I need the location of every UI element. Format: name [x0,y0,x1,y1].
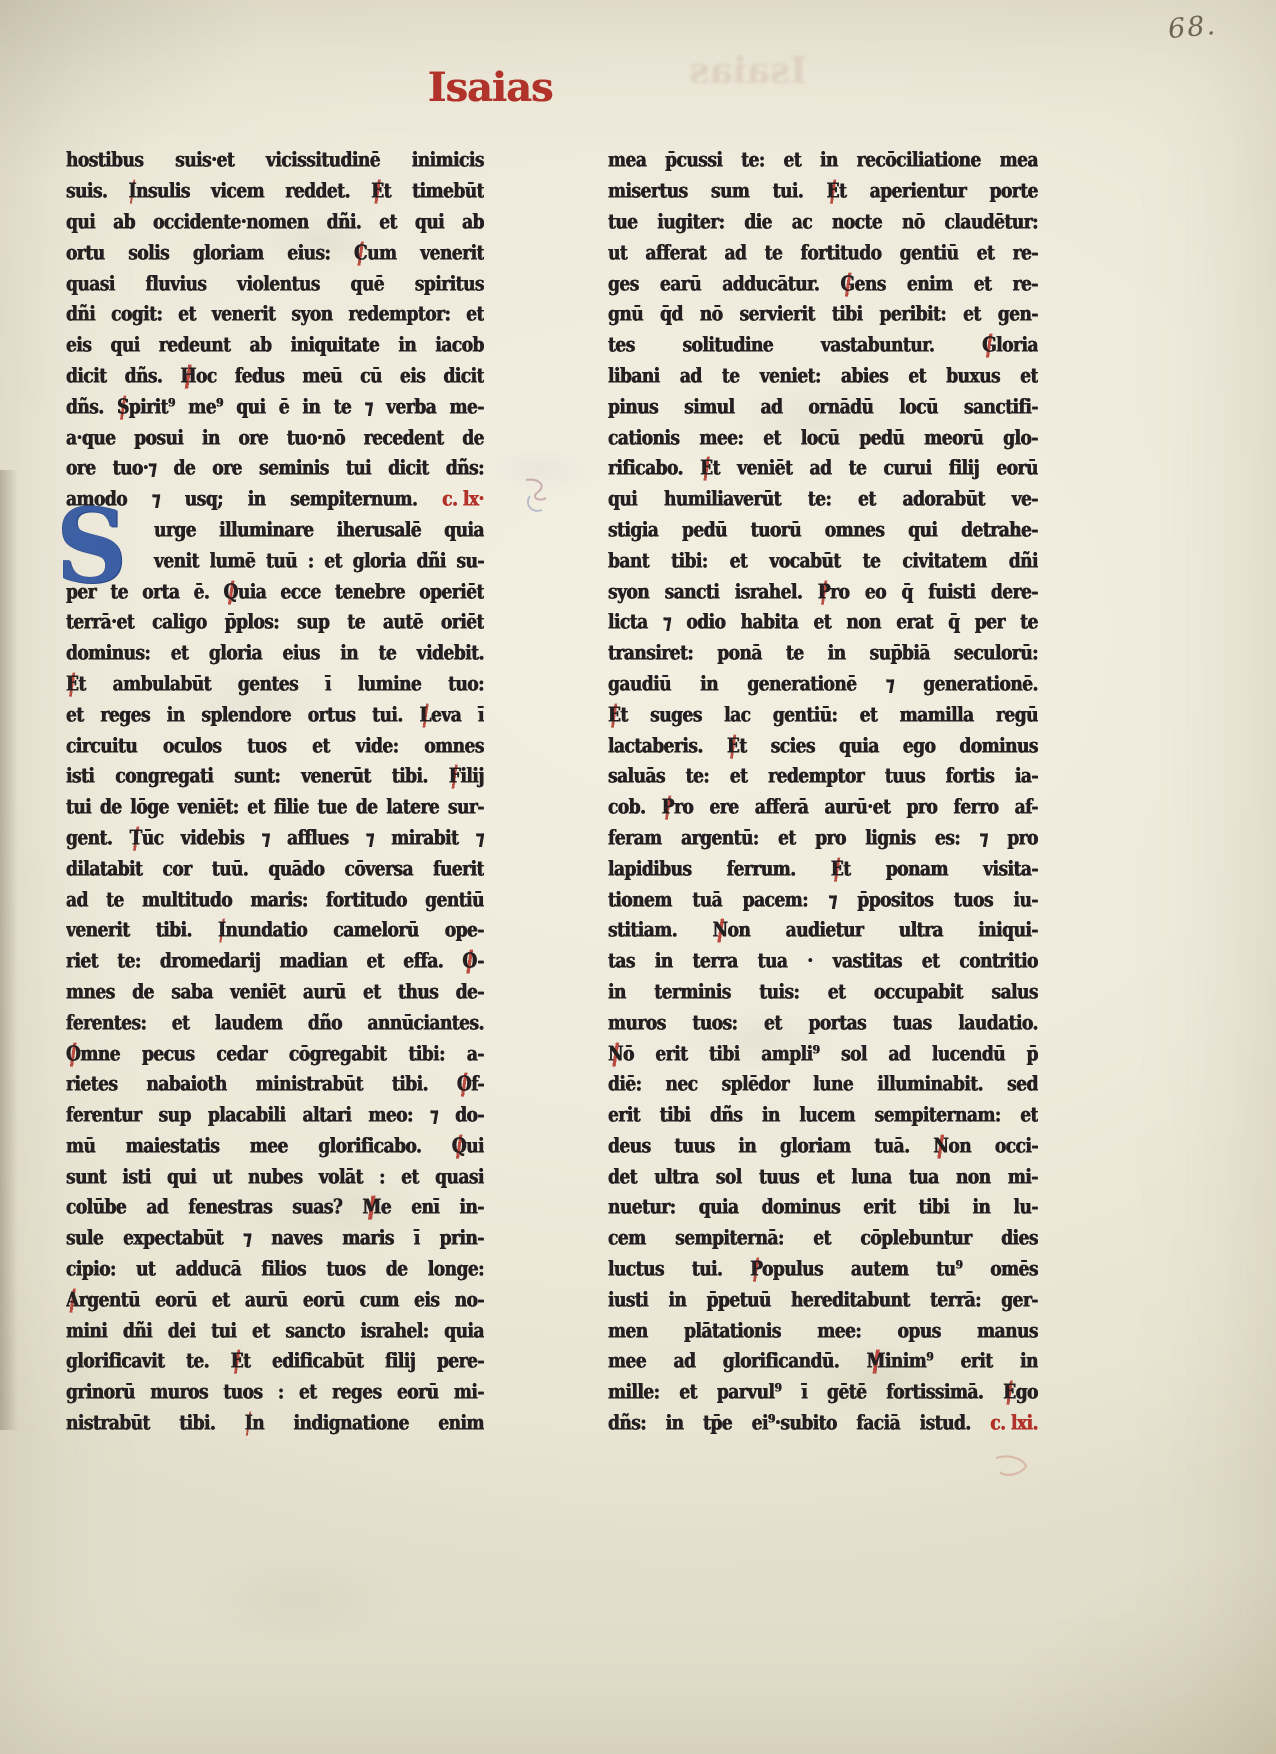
word: occupabit [874,981,963,1005]
word: tuo·nō [287,426,345,450]
word: cōversa [345,857,413,881]
word: ⁊ [886,673,894,697]
word: et [252,1319,270,1343]
word: mee: [817,1319,861,1343]
text-line: dñicogit:etveneritsyonredemptor:et [66,300,484,331]
word: iniqui- [978,919,1038,943]
word: fortissimā. [886,1381,983,1405]
word: solitudine [683,334,774,358]
word: Leva [420,703,462,727]
word: et [466,303,484,327]
text-line: terrā·etcaligop̄plos:supteautēoriēt [66,608,484,639]
word: de [174,457,196,481]
word: tuos: [692,1011,737,1035]
word: ad [674,1350,696,1374]
rubricated-capital: E [727,734,739,758]
word: occi- [995,1134,1038,1158]
text-line: suis.Insulisvicemreddet.Ettimebūt [66,177,484,208]
word: ore [212,457,242,481]
text-line: misertussumtui.Etaperienturporte [608,177,1038,208]
word: Spirit⁹ [117,395,175,419]
word: Et [231,1350,251,1374]
text-line: banttibi:etvocabūttecivitatemdñi [608,546,1038,577]
text-line: libaniadteveniet:abiesetbuxuset [608,362,1038,393]
word: operiēt [419,580,484,604]
word: cem [608,1227,646,1251]
word: ampli⁹ [761,1042,819,1066]
word: placabili [208,1104,286,1128]
word: quādo [268,857,324,881]
word: quia [444,519,484,543]
word: te: [686,765,709,789]
word: isti [66,765,94,789]
word: q̄ [902,580,913,604]
word: et [401,1165,419,1189]
word: et [1020,365,1038,389]
word: fuisti [928,580,975,604]
word: Et [700,457,720,481]
word: pedū [682,519,727,543]
word: illuminare [219,519,313,543]
word: gentiū [425,888,484,912]
word: recedent [364,426,444,450]
word: ambulabūt [113,673,211,697]
text-line: ferentes:etlaudemdñoannūciantes. [66,1008,484,1039]
word: ornādū [808,395,873,419]
text-line: mnesdesabaveniētaurūetthusde- [66,978,484,1009]
text-line: stigiapedūtuorūomnesquidetrahe- [608,516,1038,547]
text-line: utafferatadtefortitudogentiūetre- [608,238,1038,269]
word: cor [163,857,192,881]
word: ac [792,211,812,235]
word: tuos [954,888,993,912]
word: autē [383,611,423,635]
word: et [379,211,397,235]
rubricated-capital: N [713,919,728,943]
text-line: cationismee:etlocūpedūmeorūglo- [608,423,1038,454]
word: cedar [216,1042,267,1066]
word: occidente·nomen [153,211,309,235]
word: gloriam [780,1134,851,1158]
word: ponā [717,642,762,666]
word: gentiū [900,241,959,265]
word: Ego [1003,1381,1038,1405]
word: humiliaverūt [664,488,781,512]
word: autem [851,1258,909,1282]
text-line: glorificavitte.Etedificabūtfilijpere- [66,1347,484,1378]
word: Inundatio [218,919,307,943]
word: af- [1015,796,1038,820]
text-line: riette:dromedarijmadianeteffa.O- [66,947,484,978]
word: tuā [692,888,722,912]
word: colūbe [66,1196,126,1220]
word: me- [450,395,484,419]
word: tibi: [671,549,707,573]
word: Pro [662,796,694,820]
word: te [347,611,365,635]
word: locū [899,395,938,419]
word: in [666,1412,684,1436]
text-line: amodo⁊usq;insempiternum.c. lx· [66,485,484,516]
word: sol [841,1042,867,1066]
word: et [763,426,781,450]
text-line: a·queposuiinoretuo·nōrecedentde [66,423,484,454]
word: mamilla [900,703,974,727]
chapter-marker: c. lxi. [990,1412,1038,1436]
word: inimicis [412,149,484,173]
word: grinorū [66,1381,135,1405]
word: tibi [709,1042,740,1066]
word: in [167,703,185,727]
word: ab [113,211,135,235]
word: effa. [403,950,443,974]
word: eius: [287,241,330,265]
word: in [655,950,673,974]
word: omēs [990,1258,1038,1282]
word: aurū·et [825,796,891,820]
rubricated-capital: G [982,334,996,358]
word: volāt [319,1165,363,1189]
word: sur- [448,796,484,820]
word: eis [414,1288,439,1312]
word: nubes [248,1165,303,1189]
word: dñi [123,1319,152,1343]
word: quasi [435,1165,484,1189]
word: non [846,611,881,635]
word: eo [865,580,886,604]
word: libani [608,365,660,389]
word: tuū [266,549,297,573]
word: tibi: [408,1042,444,1066]
word: ad [680,365,702,389]
word: adducātur. [722,272,819,296]
word: servierit [740,303,815,327]
word: muros [150,1381,208,1405]
word: nocte [832,211,882,235]
word: tuorū [751,519,801,543]
word: sule [66,1227,103,1251]
word: gnū [608,303,643,327]
word: mi- [1008,1165,1038,1189]
word: et [764,1011,782,1035]
word: te: [117,950,140,974]
text-line: tueiugiter:dieacnoctenōclaudētur: [608,208,1038,239]
word: quasi [66,272,115,296]
word: ad [761,395,783,419]
text-line: mūmaiestatismeeglorificabo.Qui [66,1132,484,1163]
word: et [814,611,832,635]
word: mea [608,149,646,173]
word: in [248,488,266,512]
word: te [334,395,352,419]
word: ad [810,457,832,481]
text-line: minidñideituietsanctoisrahel:quia [66,1316,484,1347]
rubricated-capital: P [818,580,830,604]
word: et [922,950,940,974]
text-line: etregesinsplendoreortustui.Levaī [66,700,484,731]
rubricated-capital: E [66,673,78,697]
word: in [398,334,416,358]
word: dicit [388,457,429,481]
word: ⁊ [262,827,270,851]
word: tas [608,950,635,974]
word: generationē. [923,673,1038,697]
word: camelorū [333,919,418,943]
word: et [974,272,992,296]
word: sanctifi- [964,395,1038,419]
chapter-marker: c. lx· [442,488,484,512]
word: spiritus [415,272,484,296]
text-line: murostuos:etportastuaslaudatio. [608,1008,1038,1039]
text-line: rificabo.Etveniētadtecuruifilijeorū [608,454,1038,485]
word: tua [909,1165,939,1189]
text-line: gnūq̄dnōservierittibiperibit:etgen- [608,300,1038,331]
word: ore [66,457,96,481]
word: tionem [608,888,672,912]
word: die [744,211,772,235]
word: erit [961,1350,993,1374]
word: ecce [280,580,320,604]
text-line: transiret:ponāteinsup̄biāseculorū: [608,639,1038,670]
word: ⁊ [366,827,374,851]
word: regū [996,703,1038,727]
word: in [340,642,358,666]
text-line: meap̄cussite:etinrecōciliationemea [608,146,1038,177]
word: ⁊ [430,1104,438,1128]
word: me⁹ [188,395,223,419]
word: filij [949,457,979,481]
word: ferrum. [727,857,796,881]
word: videbis [181,827,245,851]
text-line: feramargentū:etprolignises:⁊pro [608,824,1038,855]
word: ī [478,703,484,727]
word: ve- [1012,488,1038,512]
word: hereditabunt [791,1288,910,1312]
word: te [1020,611,1038,635]
rubricated-capital: I [245,1412,252,1436]
rubricated-capital: C [354,241,367,265]
word: pro [815,827,846,851]
word: opus [898,1319,941,1343]
text-column-right: meap̄cussite:etinrecōciliationemeamisert… [608,146,1038,1439]
word: transiret: [608,642,693,666]
word: cum [360,1288,399,1312]
word: manus [977,1319,1038,1343]
text-line: dilatabitcortuū.quādocōversafuerit [66,854,484,885]
rubricated-capital: M [362,1196,380,1220]
word: de [356,796,378,820]
paraph-flourish [520,476,554,516]
word: vastitas [833,950,902,974]
word: dominus [959,734,1038,758]
word: Gens [841,272,886,296]
word: meū [302,365,342,389]
word: syon [291,303,332,327]
word: posui [134,426,183,450]
word: venit [154,549,199,573]
word: sunt [66,1165,106,1189]
word: in [302,395,320,419]
word: visita- [983,857,1038,881]
word: et [1020,1104,1038,1128]
word: ei⁹·subito [752,1412,837,1436]
rubricated-capital: E [831,857,843,881]
word: per [66,580,96,604]
word: p̄petuū [707,1288,771,1312]
word: et [66,703,84,727]
word: annūciantes. [367,1011,484,1035]
text-line: isticongregatisunt:venerūttibi.Filij [66,762,484,793]
word: veniēt [737,457,792,481]
word: madian [280,950,348,974]
word: pacem: [743,888,808,912]
word: suis·et [175,149,234,173]
word: dilatabit [66,857,142,881]
word: tuo: [448,673,484,697]
word: curui [884,457,932,481]
word: parvul⁹ [717,1381,782,1405]
word: terra [693,950,738,974]
text-line: dñs.Spirit⁹me⁹quiēinte⁊verbame- [66,392,484,423]
rubricated-capital: O [462,950,477,974]
word: iacob [435,334,484,358]
text-line: venitlumētuū:etgloriadñisu- [66,546,484,577]
word: cationis [608,426,679,450]
word: nistrabūt [66,1412,150,1436]
word: amodo [66,488,127,512]
rubricated-capital: H [180,365,196,389]
word: gētē [827,1381,866,1405]
word: contritio [959,950,1038,974]
word: lac [724,703,750,727]
word: sancti [665,580,720,604]
word: Non [713,919,751,943]
word: ⁊ [980,827,988,851]
word: sup [159,1104,191,1128]
word: lignis [865,827,915,851]
folio-number: 68. [1167,10,1218,45]
word: Tūc [130,827,164,851]
text-line: rietesnabaiothministrabūttibi.Of- [66,1070,484,1101]
word: argentū: [681,827,759,851]
word: laudem [215,1011,283,1035]
word: ultra [654,1165,698,1189]
word: mi- [454,1381,484,1405]
word: ab [462,211,484,235]
word: tuā. [874,1134,909,1158]
text-line: oretuo·⁊deoreseministuidicitdñs: [66,454,484,485]
word: terrā: [930,1288,981,1312]
word: dñs. [66,395,104,419]
word: in [973,1196,991,1220]
word: porte [990,180,1038,204]
word: fuerit [433,857,484,881]
word: fortitudo [801,241,882,265]
word: isti [122,1165,150,1189]
word: riet [66,950,98,974]
word: dñi [417,549,446,573]
text-line: iustiinp̄petuūhereditabuntterrā:ger- [608,1285,1038,1316]
word: rietes [66,1073,118,1097]
word: abies [841,365,888,389]
word: suges [650,703,702,727]
word: vide: [356,734,399,758]
word: mirabit [391,827,458,851]
word: aurū [303,981,346,1005]
word: venerit [212,303,276,327]
word: vicissitudinē [266,149,380,173]
word: tuas [893,1011,932,1035]
word: sup̄biā [870,642,930,666]
text-line: suntistiquiutnubesvolāt:etquasi [66,1162,484,1193]
rubricated-capital: P [750,1258,762,1282]
word: tue [608,211,638,235]
word: indignatione [294,1412,409,1436]
word: iherusalē [337,519,421,543]
word: ⁊ [152,488,160,512]
word: Insulis [129,180,190,204]
text-line: gent.Tūcvidebis⁊afflues⁊mirabit⁊ [66,824,484,855]
text-line: quasifluviusviolentusquēspiritus [66,269,484,300]
word: ego [903,734,936,758]
word: tuos [326,1258,365,1282]
rubricated-capital: N [933,1134,948,1158]
word: hostibus [66,149,143,173]
word: et [963,303,981,327]
word: cōplebuntur [860,1227,971,1251]
word: nuetur: [608,1196,676,1220]
word: et [367,950,385,974]
word: pro [907,796,938,820]
word: vicem [211,180,264,204]
word: solis [128,241,169,265]
word: veniēt [230,981,285,1005]
word: stitiam. [608,919,677,943]
word: eis [66,334,91,358]
word: ponam [886,857,948,881]
text-line: Etsugeslacgentiū:etmamillaregū [608,700,1038,731]
word: tes [608,334,635,358]
text-line: erittibidñsinlucemsempiternam:et [608,1101,1038,1132]
word: misertus [608,180,688,204]
word: mille: [608,1381,660,1405]
word: per [975,611,1005,635]
word: lucendū [932,1042,1005,1066]
word: nō [902,211,925,235]
text-line: nistrabūttibi.Inindignationeenim [66,1409,484,1440]
word: claudētur: [945,211,1038,235]
word: ⁊ [476,827,484,851]
word: licta [608,611,648,635]
text-line: lactaberis.Etsciesquiaegodominus [608,731,1038,762]
word: pere- [437,1350,484,1374]
word: dominus: [66,642,150,666]
word: gentiū: [773,703,838,727]
text-line: stitiam.Nonaudieturultrainiqui- [608,916,1038,947]
word: illuminabit. [877,1073,983,1097]
word: fenestras [188,1196,272,1220]
word: et [784,149,802,173]
rubricated-capital: I [129,180,136,204]
word: : [379,1165,385,1189]
word: salus [991,981,1038,1005]
word: ferentes: [66,1011,146,1035]
word: ad [146,1196,168,1220]
word: veniet: [760,365,821,389]
word: stigia [608,519,658,543]
word: saba [171,981,213,1005]
word: istud. [920,1412,971,1436]
